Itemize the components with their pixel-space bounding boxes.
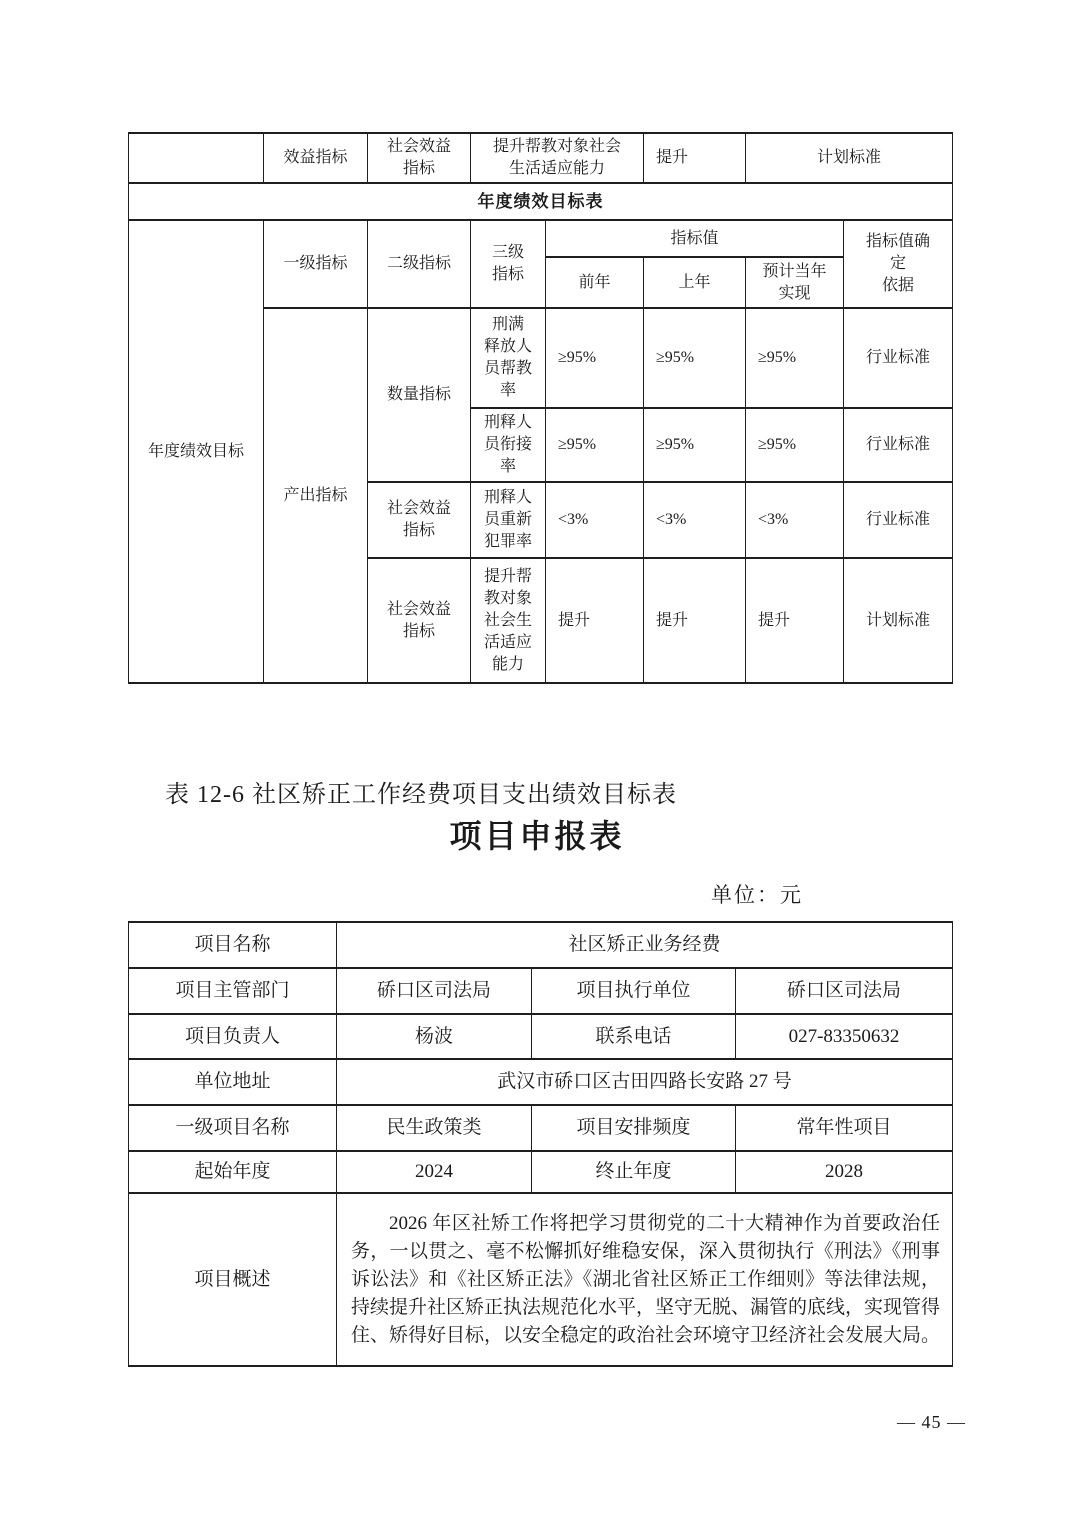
perf-row3-prev2: 提升 (546, 558, 644, 683)
perf-row-group-label: 年度绩效目标 (129, 220, 264, 683)
app-end-year-label: 终止年度 (532, 1151, 736, 1193)
perf-carryover-level2: 社会效益 指标 (368, 133, 471, 183)
perf-carryover-row: 效益指标 社会效益 指标 提升帮教对象社会 生活适应能力 提升 计划标准 (129, 133, 953, 183)
perf-row2-basis: 行业标准 (844, 482, 953, 558)
app-dept-value: 硚口区司法局 (337, 968, 532, 1014)
perf-row2-level2: 社会效益 指标 (368, 482, 471, 558)
app-address-label: 单位地址 (129, 1059, 337, 1105)
app-start-year-value: 2024 (337, 1151, 532, 1193)
perf-header-value-group: 指标值 (546, 220, 844, 257)
app-overview-value: 2026 年区社矫工作将把学习贯彻党的二十大精神作为首要政治任务，一以贯之、毫不… (337, 1193, 953, 1366)
perf-row0-level3: 刑满 释放人 员帮教 率 (471, 308, 546, 408)
perf-section-title: 年度绩效目标表 (129, 183, 953, 220)
perf-row0-basis: 行业标准 (844, 308, 953, 408)
table-caption: 表 12-6 社区矫正工作经费项目支出绩效目标表 (165, 774, 677, 809)
perf-row1-prev2: ≥95% (546, 408, 644, 482)
page-number: — 45 — (897, 1412, 966, 1433)
perf-row2-prev2: <3% (546, 482, 644, 558)
perf-row2-prev1: <3% (644, 482, 746, 558)
perf-row0-prev1: ≥95% (644, 308, 746, 408)
perf-header-basis: 指标值确 定 依据 (844, 220, 953, 308)
perf-row1-prev1: ≥95% (644, 408, 746, 482)
app-start-year-label: 起始年度 (129, 1151, 337, 1193)
perf-carryover-level3: 提升帮教对象社会 生活适应能力 (471, 133, 644, 183)
unit-label: 单位：元 (711, 879, 803, 909)
perf-row0-level2: 数量指标 (368, 308, 471, 482)
app-exec-value: 硚口区司法局 (736, 968, 953, 1014)
app-dept-label: 项目主管部门 (129, 968, 337, 1014)
app-row-dept: 项目主管部门 硚口区司法局 项目执行单位 硚口区司法局 (129, 968, 953, 1014)
perf-header-year-before-last: 前年 (546, 257, 644, 308)
app-row-years: 起始年度 2024 终止年度 2028 (129, 1151, 953, 1193)
perf-row0-expected: ≥95% (746, 308, 844, 408)
perf-row0-prev2: ≥95% (546, 308, 644, 408)
app-row-category: 一级项目名称 民生政策类 项目安排频度 常年性项目 (129, 1105, 953, 1151)
project-application-table: 项目名称 社区矫正业务经费 项目主管部门 硚口区司法局 项目执行单位 硚口区司法… (128, 921, 953, 1367)
app-name-value: 社区矫正业务经费 (337, 922, 953, 968)
app-overview-label: 项目概述 (129, 1193, 337, 1366)
perf-header-expected: 预计当年 实现 (746, 257, 844, 308)
app-phone-value: 027-83350632 (736, 1014, 953, 1059)
app-name-label: 项目名称 (129, 922, 337, 968)
app-manager-label: 项目负责人 (129, 1014, 337, 1059)
perf-header-level1: 一级指标 (264, 220, 368, 308)
perf-row2-level3: 刑释人 员重新 犯罪率 (471, 482, 546, 558)
app-row-manager: 项目负责人 杨波 联系电话 027-83350632 (129, 1014, 953, 1059)
perf-row3-level3: 提升帮 教对象 社会生 活适应 能力 (471, 558, 546, 683)
app-category-label: 一级项目名称 (129, 1105, 337, 1151)
app-row-overview: 项目概述 2026 年区社矫工作将把学习贯彻党的二十大精神作为首要政治任务，一以… (129, 1193, 953, 1366)
perf-row3-prev1: 提升 (644, 558, 746, 683)
perf-row3-basis: 计划标准 (844, 558, 953, 683)
perf-header-level3: 三级 指标 (471, 220, 546, 308)
perf-header-last-year: 上年 (644, 257, 746, 308)
app-category-value: 民生政策类 (337, 1105, 532, 1151)
perf-carryover-level1: 效益指标 (264, 133, 368, 183)
app-row-address: 单位地址 武汉市硚口区古田四路长安路 27 号 (129, 1059, 953, 1105)
annual-performance-table: 效益指标 社会效益 指标 提升帮教对象社会 生活适应能力 提升 计划标准 年度绩… (128, 132, 953, 684)
perf-row1-basis: 行业标准 (844, 408, 953, 482)
perf-section-title-row: 年度绩效目标表 (129, 183, 953, 220)
perf-row1-expected: ≥95% (746, 408, 844, 482)
app-manager-value: 杨波 (337, 1014, 532, 1059)
perf-row2-expected: <3% (746, 482, 844, 558)
app-address-value: 武汉市硚口区古田四路长安路 27 号 (337, 1059, 953, 1105)
perf-header-level2: 二级指标 (368, 220, 471, 308)
form-title: 项目申报表 (0, 811, 1074, 857)
app-end-year-value: 2028 (736, 1151, 953, 1193)
app-phone-label: 联系电话 (532, 1014, 736, 1059)
app-frequency-value: 常年性项目 (736, 1105, 953, 1151)
perf-carryover-value: 提升 (644, 133, 746, 183)
perf-row3-expected: 提升 (746, 558, 844, 683)
perf-row1-level3: 刑释人 员衔接 率 (471, 408, 546, 482)
app-frequency-label: 项目安排频度 (532, 1105, 736, 1151)
document-page: 效益指标 社会效益 指标 提升帮教对象社会 生活适应能力 提升 计划标准 年度绩… (0, 0, 1074, 1520)
perf-row3-level2: 社会效益 指标 (368, 558, 471, 683)
app-exec-label: 项目执行单位 (532, 968, 736, 1014)
perf-header-row-1: 年度绩效目标 一级指标 二级指标 三级 指标 指标值 指标值确 定 依据 (129, 220, 953, 257)
app-row-name: 项目名称 社区矫正业务经费 (129, 922, 953, 968)
perf-level1-output: 产出指标 (264, 308, 368, 683)
perf-carryover-empty-cell (129, 133, 264, 183)
perf-carryover-basis: 计划标准 (746, 133, 953, 183)
